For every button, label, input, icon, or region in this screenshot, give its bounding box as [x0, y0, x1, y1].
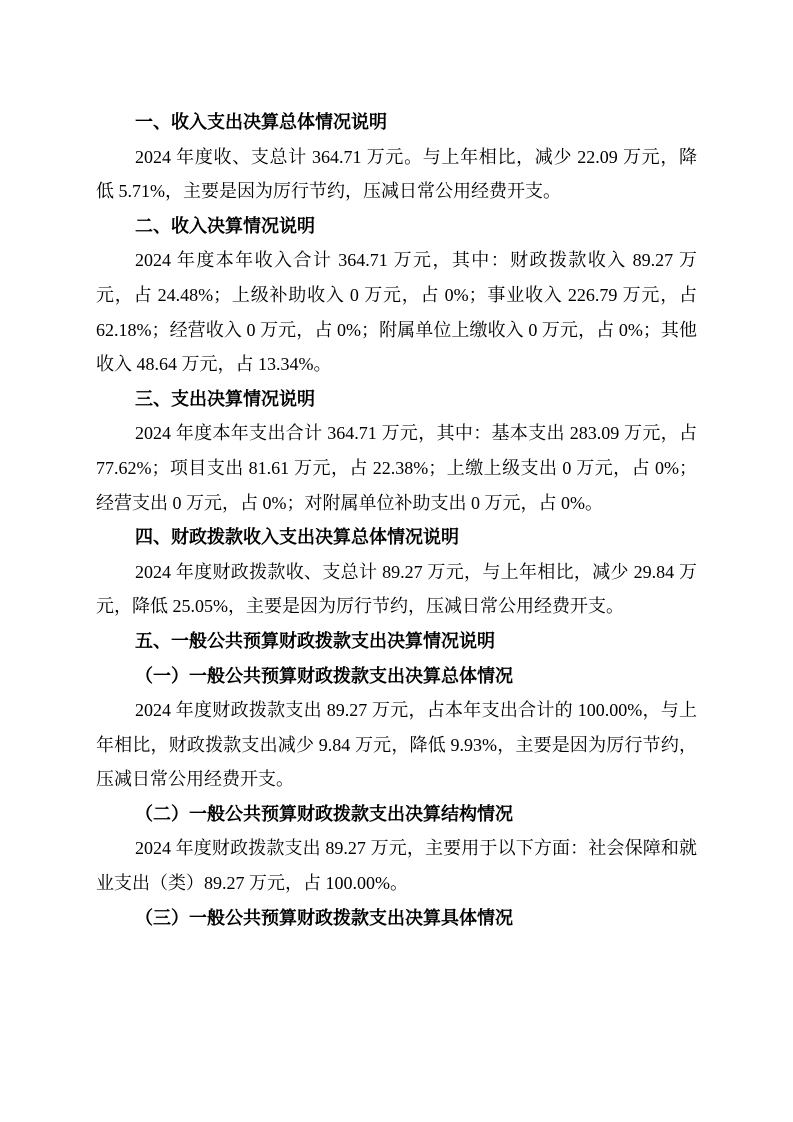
- section-2-heading: 二、收入决算情况说明: [96, 209, 697, 244]
- section-2-paragraph-1: 2024 年度本年收入合计 364.71 万元，其中：财政拨款收入 89.27 …: [96, 243, 697, 381]
- section-3-heading: 三、支出决算情况说明: [96, 382, 697, 417]
- section-4-heading: 四、财政拨款收入支出决算总体情况说明: [96, 520, 697, 555]
- section-1-heading: 一、收入支出决算总体情况说明: [96, 105, 697, 140]
- section-4-paragraph-1: 2024 年度财政拨款收、支总计 89.27 万元，与上年相比，减少 29.84…: [96, 555, 697, 624]
- section-5-heading: 五、一般公共预算财政拨款支出决算情况说明: [96, 624, 697, 659]
- section-5-sub-2-paragraph-1: 2024 年度财政拨款支出 89.27 万元，主要用于以下方面：社会保障和就业支…: [96, 831, 697, 900]
- section-5-sub-1-paragraph-1: 2024 年度财政拨款支出 89.27 万元，占本年支出合计的 100.00%，…: [96, 693, 697, 797]
- section-5-sub-2-heading: （二）一般公共预算财政拨款支出决算结构情况: [96, 797, 697, 832]
- section-5-sub-1-heading: （一）一般公共预算财政拨款支出决算总体情况: [96, 659, 697, 694]
- section-3-paragraph-1: 2024 年度本年支出合计 364.71 万元，其中：基本支出 283.09 万…: [96, 416, 697, 520]
- document-page: 一、收入支出决算总体情况说明 2024 年度收、支总计 364.71 万元。与上…: [0, 0, 793, 1122]
- section-1-paragraph-1: 2024 年度收、支总计 364.71 万元。与上年相比，减少 22.09 万元…: [96, 140, 697, 209]
- section-5-sub-3-heading: （三）一般公共预算财政拨款支出决算具体情况: [96, 901, 697, 936]
